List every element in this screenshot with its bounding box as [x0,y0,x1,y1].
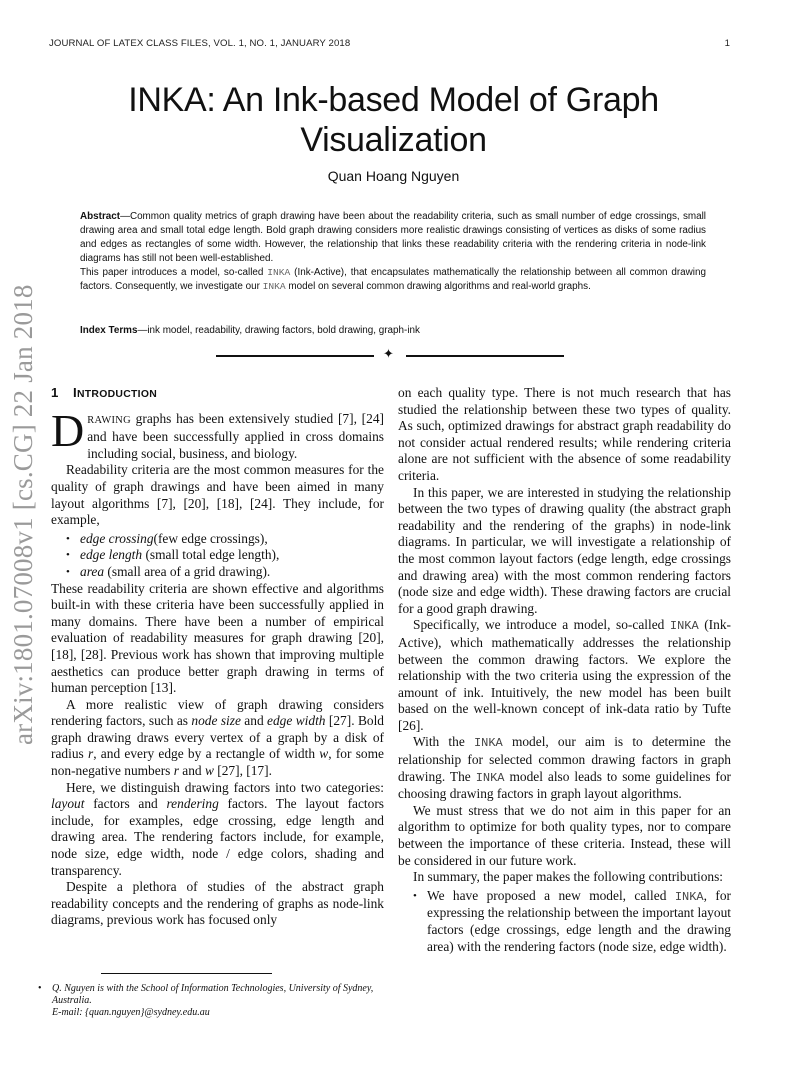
intro-paragraph-3: These readability criteria are shown eff… [51,581,384,697]
intro-paragraph-9: Specifically, we introduce a model, so-c… [398,617,731,734]
abstract-paragraph-1: Abstract—Common quality metrics of graph… [80,210,706,266]
intro-paragraph-2: Readability criteria are the most common… [51,462,384,528]
intro-paragraph-11: We must stress that we do not aim in thi… [398,803,731,869]
list-item: area (small area of a grid drawing). [66,564,384,581]
separator-rule-left [216,355,374,357]
footnote-bullet: • [38,983,42,995]
footnote-rule [101,973,272,974]
page-number: 1 [725,38,730,49]
section-separator: ✦ [216,350,564,362]
author-affiliation-footnote: • Q. Nguyen is with the School of Inform… [38,983,388,1020]
right-column: on each quality type. There is not much … [398,385,731,955]
intro-paragraph-5: Here, we distinguish drawing factors int… [51,780,384,880]
author-name: Quan Hoang Nguyen [0,168,787,184]
intro-paragraph-12: In summary, the paper makes the followin… [398,869,731,886]
section-heading-introduction: 1INTRODUCTION [51,385,384,404]
inka-term: INKA [267,267,290,278]
paper-page: JOURNAL OF LATEX CLASS FILES, VOL. 1, NO… [0,0,787,1075]
index-terms-label: Index Terms [80,325,137,336]
footnote-email: E-mail: {quan.nguyen}@sydney.edu.au [52,1007,388,1019]
inka-term: INKA [474,736,503,750]
abstract-label: Abstract [80,211,120,222]
intro-paragraph-7: on each quality type. There is not much … [398,385,731,485]
running-header: JOURNAL OF LATEX CLASS FILES, VOL. 1, NO… [49,38,738,49]
inka-term: INKA [670,619,699,633]
intro-paragraph-10: With the INKA model, our aim is to deter… [398,734,731,802]
abstract-paragraph-2: This paper introduces a model, so-called… [80,266,706,294]
journal-name: JOURNAL OF LATEX CLASS FILES, VOL. 1, NO… [49,38,350,49]
index-terms: Index Terms—ink model, readability, draw… [80,325,706,336]
abstract: Abstract—Common quality metrics of graph… [80,210,706,295]
title-line-1: INKA: An Ink-based Model of Graph [0,80,787,120]
contributions-list: We have proposed a new model, called INK… [398,888,731,955]
drop-cap: D [51,414,84,448]
footnote-affiliation: Q. Nguyen is with the School of Informat… [52,983,388,1007]
list-item: We have proposed a new model, called INK… [413,888,731,955]
readability-criteria-list: edge crossing(few edge crossings), edge … [51,531,384,581]
inka-term: INKA [675,890,704,904]
arxiv-identifier-stamp: arXiv:1801.07008v1 [cs.CG] 22 Jan 2018 [8,284,39,745]
list-item: edge crossing(few edge crossings), [66,531,384,548]
paper-title: INKA: An Ink-based Model of Graph Visual… [0,80,787,160]
left-column: 1INTRODUCTION DRAWING graphs has been ex… [51,385,384,929]
index-terms-text: ink model, readability, drawing factors,… [147,325,420,336]
separator-rule-right [406,355,564,357]
intro-paragraph-6: Despite a plethora of studies of the abs… [51,879,384,929]
inka-term: INKA [263,281,286,292]
title-line-2: Visualization [0,120,787,160]
section-number: 1 [51,385,73,402]
intro-paragraph-4: A more realistic view of graph drawing c… [51,697,384,780]
intro-paragraph-8: In this paper, we are interested in stud… [398,485,731,618]
diamond-ornament-icon: ✦ [383,348,394,362]
list-item: edge length (small total edge length), [66,547,384,564]
intro-paragraph-1: DRAWING graphs has been extensively stud… [51,411,384,463]
inka-term: INKA [476,771,505,785]
